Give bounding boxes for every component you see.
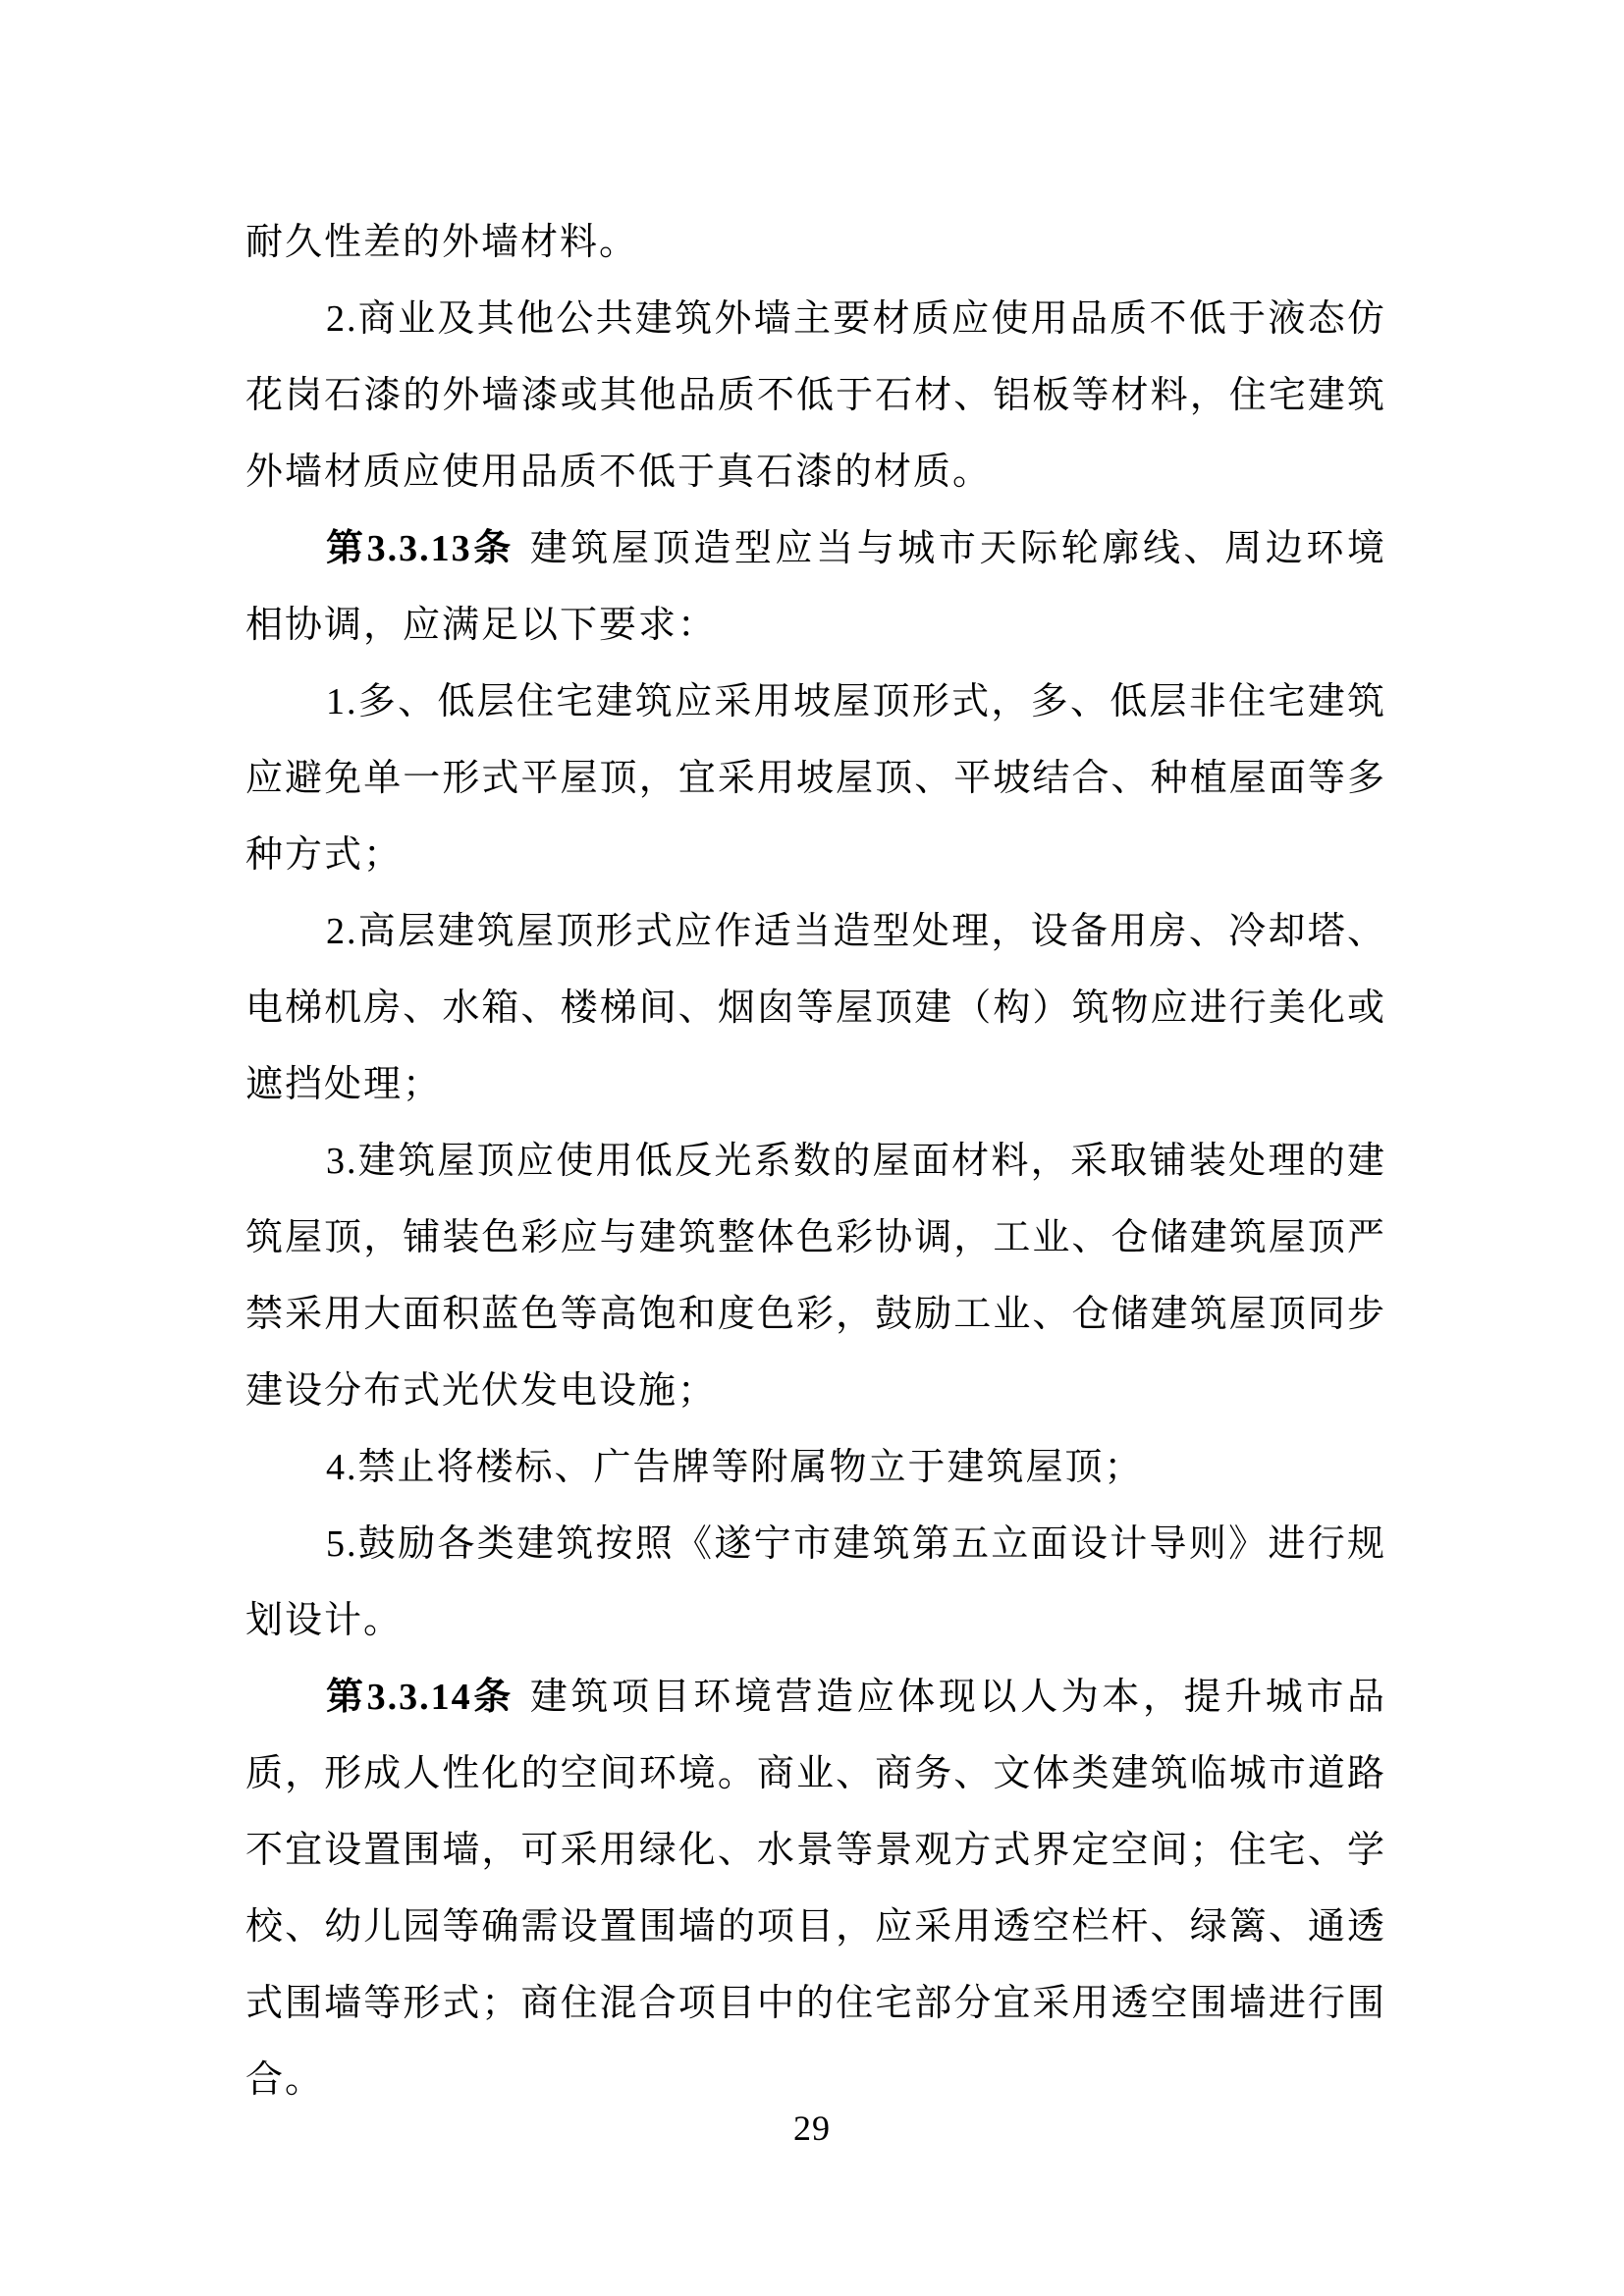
paragraph-clause-3-3-13: 第3.3.13条建筑屋顶造型应当与城市天际轮廓线、周边环境相协调，应满足以下要求… xyxy=(245,510,1386,664)
paragraph-text: 1.多、低层住宅建筑应采用坡屋顶形式，多、低层非住宅建筑应避免单一形式平屋顶，宜… xyxy=(245,681,1386,876)
paragraph-text: 4.禁止将楼标、广告牌等附属物立于建筑屋顶； xyxy=(326,1447,1144,1488)
paragraph: 4.禁止将楼标、广告牌等附属物立于建筑屋顶； xyxy=(245,1429,1386,1506)
paragraph-clause-3-3-14: 第3.3.14条建筑项目环境营造应体现以人为本，提升城市品质，形成人性化的空间环… xyxy=(245,1659,1386,2118)
paragraph: 1.多、低层住宅建筑应采用坡屋顶形式，多、低层非住宅建筑应避免单一形式平屋顶，宜… xyxy=(245,664,1386,893)
paragraph-text: 3.建筑屋顶应使用低反光系数的屋面材料，采取铺装处理的建筑屋顶，铺装色彩应与建筑… xyxy=(245,1141,1386,1412)
page-number: 29 xyxy=(0,2109,1624,2148)
paragraph-text: 2.商业及其他公共建筑外墙主要材质应使用品质不低于液态仿花岗石漆的外墙漆或其他品… xyxy=(245,298,1386,493)
clause-number: 第3.3.14条 xyxy=(326,1677,530,1718)
paragraph-text: 2.高层建筑屋顶形式应作适当造型处理，设备用房、冷却塔、电梯机房、水箱、楼梯间、… xyxy=(245,911,1386,1105)
paragraph-text: 5.鼓励各类建筑按照《遂宁市建筑第五立面设计导则》进行规划设计。 xyxy=(245,1523,1386,1641)
clause-number: 第3.3.13条 xyxy=(326,528,530,569)
document-body: 耐久性差的外墙材料。 2.商业及其他公共建筑外墙主要材质应使用品质不低于液态仿花… xyxy=(245,204,1386,2118)
paragraph: 2.商业及其他公共建筑外墙主要材质应使用品质不低于液态仿花岗石漆的外墙漆或其他品… xyxy=(245,281,1386,510)
paragraph: 3.建筑屋顶应使用低反光系数的屋面材料，采取铺装处理的建筑屋顶，铺装色彩应与建筑… xyxy=(245,1123,1386,1429)
paragraph-text: 耐久性差的外墙材料。 xyxy=(245,222,638,263)
paragraph-text: 建筑项目环境营造应体现以人为本，提升城市品质，形成人性化的空间环境。商业、商务、… xyxy=(245,1677,1386,2101)
paragraph: 2.高层建筑屋顶形式应作适当造型处理，设备用房、冷却塔、电梯机房、水箱、楼梯间、… xyxy=(245,893,1386,1123)
paragraph: 5.鼓励各类建筑按照《遂宁市建筑第五立面设计导则》进行规划设计。 xyxy=(245,1506,1386,1659)
paragraph: 耐久性差的外墙材料。 xyxy=(245,204,1386,281)
document-page: 耐久性差的外墙材料。 2.商业及其他公共建筑外墙主要材质应使用品质不低于液态仿花… xyxy=(0,0,1624,2296)
